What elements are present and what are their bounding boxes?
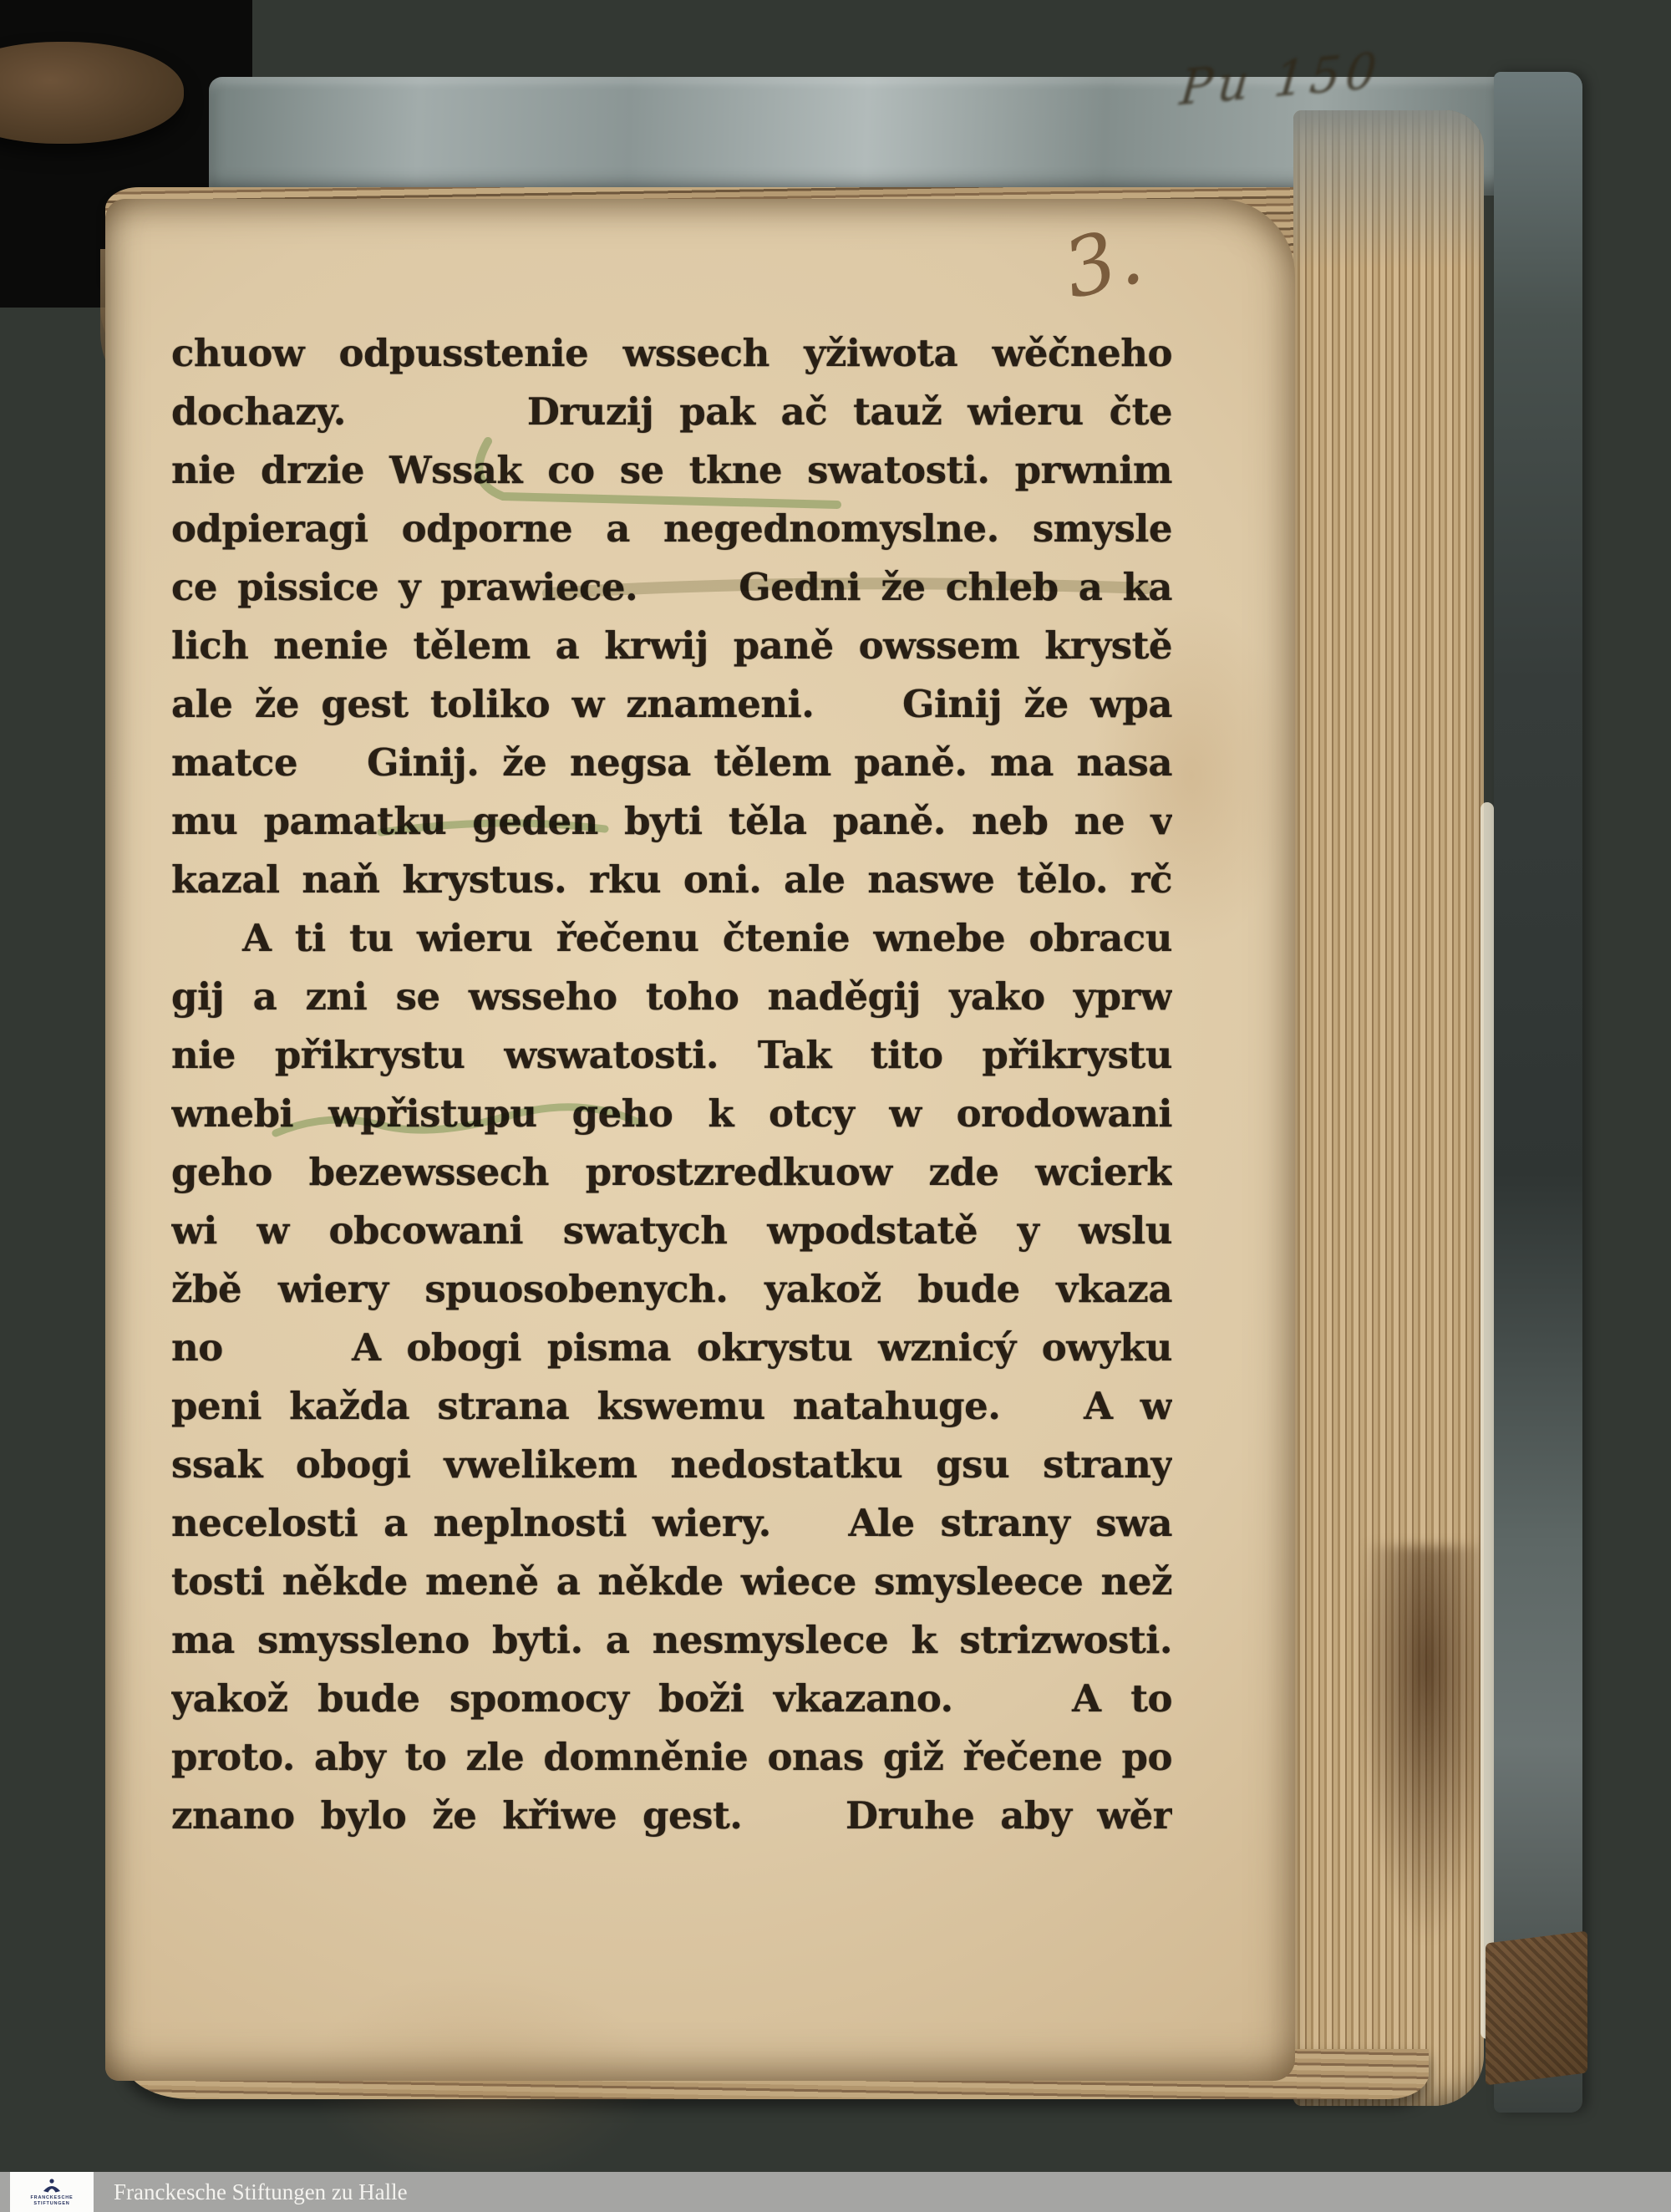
green-annotation-marks xyxy=(105,199,1295,2081)
fore-edge-gray-tint xyxy=(1293,110,1484,269)
institution-name: Franckesche Stiftungen zu Halle xyxy=(114,2172,408,2212)
olive-smudge-line3 xyxy=(548,583,1146,593)
green-underline-wieru xyxy=(276,1107,640,1133)
photo-backdrop: 3. chuow odpusstenie wssech yžiwota wěčn… xyxy=(0,0,1671,2212)
logo-caption-line2: STIFTUNGEN xyxy=(33,2201,69,2207)
endpaper-sliver xyxy=(1481,802,1494,2039)
book-cover-edge xyxy=(1494,72,1582,2113)
francke-eagle-sun-icon xyxy=(43,2178,61,2194)
institution-logo: FRANCKESCHE STIFTUNGEN xyxy=(10,2172,94,2212)
manuscript-page: 3. chuow odpusstenie wssech yžiwota wěčn… xyxy=(105,199,1295,2081)
green-underline-ginij xyxy=(381,823,605,832)
green-underline-druzij xyxy=(479,441,837,505)
fore-edge-stain xyxy=(1358,1546,1483,1939)
cover-leather-corner xyxy=(1486,1931,1587,2086)
